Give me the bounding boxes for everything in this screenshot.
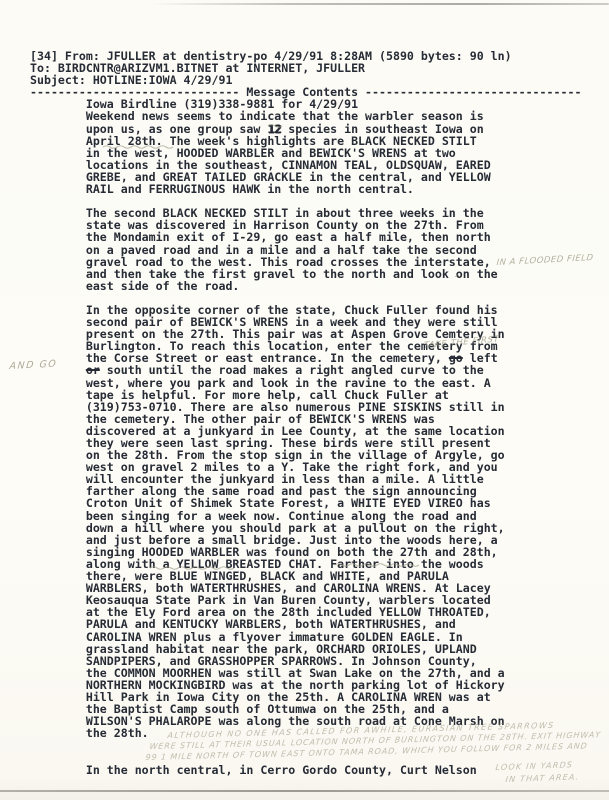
typed-line: west, where you park and look in the rav… <box>30 377 581 389</box>
typed-line: upon us, as one group saw 12 species in … <box>30 123 581 135</box>
typed-line: down a hill where you should park at a p… <box>30 522 581 534</box>
typed-line: (319)753-0710. There are also numerous P… <box>30 401 581 413</box>
typed-line: April 28th. The week's highlights are BL… <box>30 135 581 147</box>
typed-line: been singing for a week now. Continue al… <box>30 510 581 522</box>
typed-line: and then take the first gravel to the no… <box>30 268 581 280</box>
typed-line: gravel road to the west. This road cross… <box>30 256 581 268</box>
document-page: [34] From: JFULLER at dentistry-po 4/29/… <box>0 0 609 800</box>
typed-line: SANDPIPERS, and GRASSHOPPER SPARROWS. In… <box>30 655 581 667</box>
scan-edge-bottom <box>0 790 609 792</box>
typed-line: RAIL and FERRUGINOUS HAWK in the north c… <box>30 183 581 195</box>
typed-line <box>30 739 581 751</box>
typed-line: Weekend news seems to indicate that the … <box>30 110 581 122</box>
typed-line <box>30 751 581 763</box>
typed-lines: [34] From: JFULLER at dentistry-po 4/29/… <box>30 50 581 776</box>
scan-edge-top <box>150 3 609 5</box>
typed-line: grassland habitat near the park, ORCHARD… <box>30 643 581 655</box>
typed-line: tape is helpful. For more help, call Chu… <box>30 389 581 401</box>
typed-line: In the north central, in Cerro Gordo Cou… <box>30 764 581 776</box>
typed-line: PARULA and KENTUCKY WARBLERS, both WATER… <box>30 618 581 630</box>
typed-line: CAROLINA WREN plus a flyover immature GO… <box>30 631 581 643</box>
typed-line: on a paved road and in a mile and a half… <box>30 244 581 256</box>
typed-line: the 28th. <box>30 727 581 739</box>
typed-line: or south until the road makes a right an… <box>30 364 581 376</box>
typed-line: east side of the road. <box>30 280 581 292</box>
typed-line: Croton Unit of Shimek State Forest, a WH… <box>30 497 581 509</box>
typed-line: the Mondamin exit of I-29, go east a hal… <box>30 231 581 243</box>
